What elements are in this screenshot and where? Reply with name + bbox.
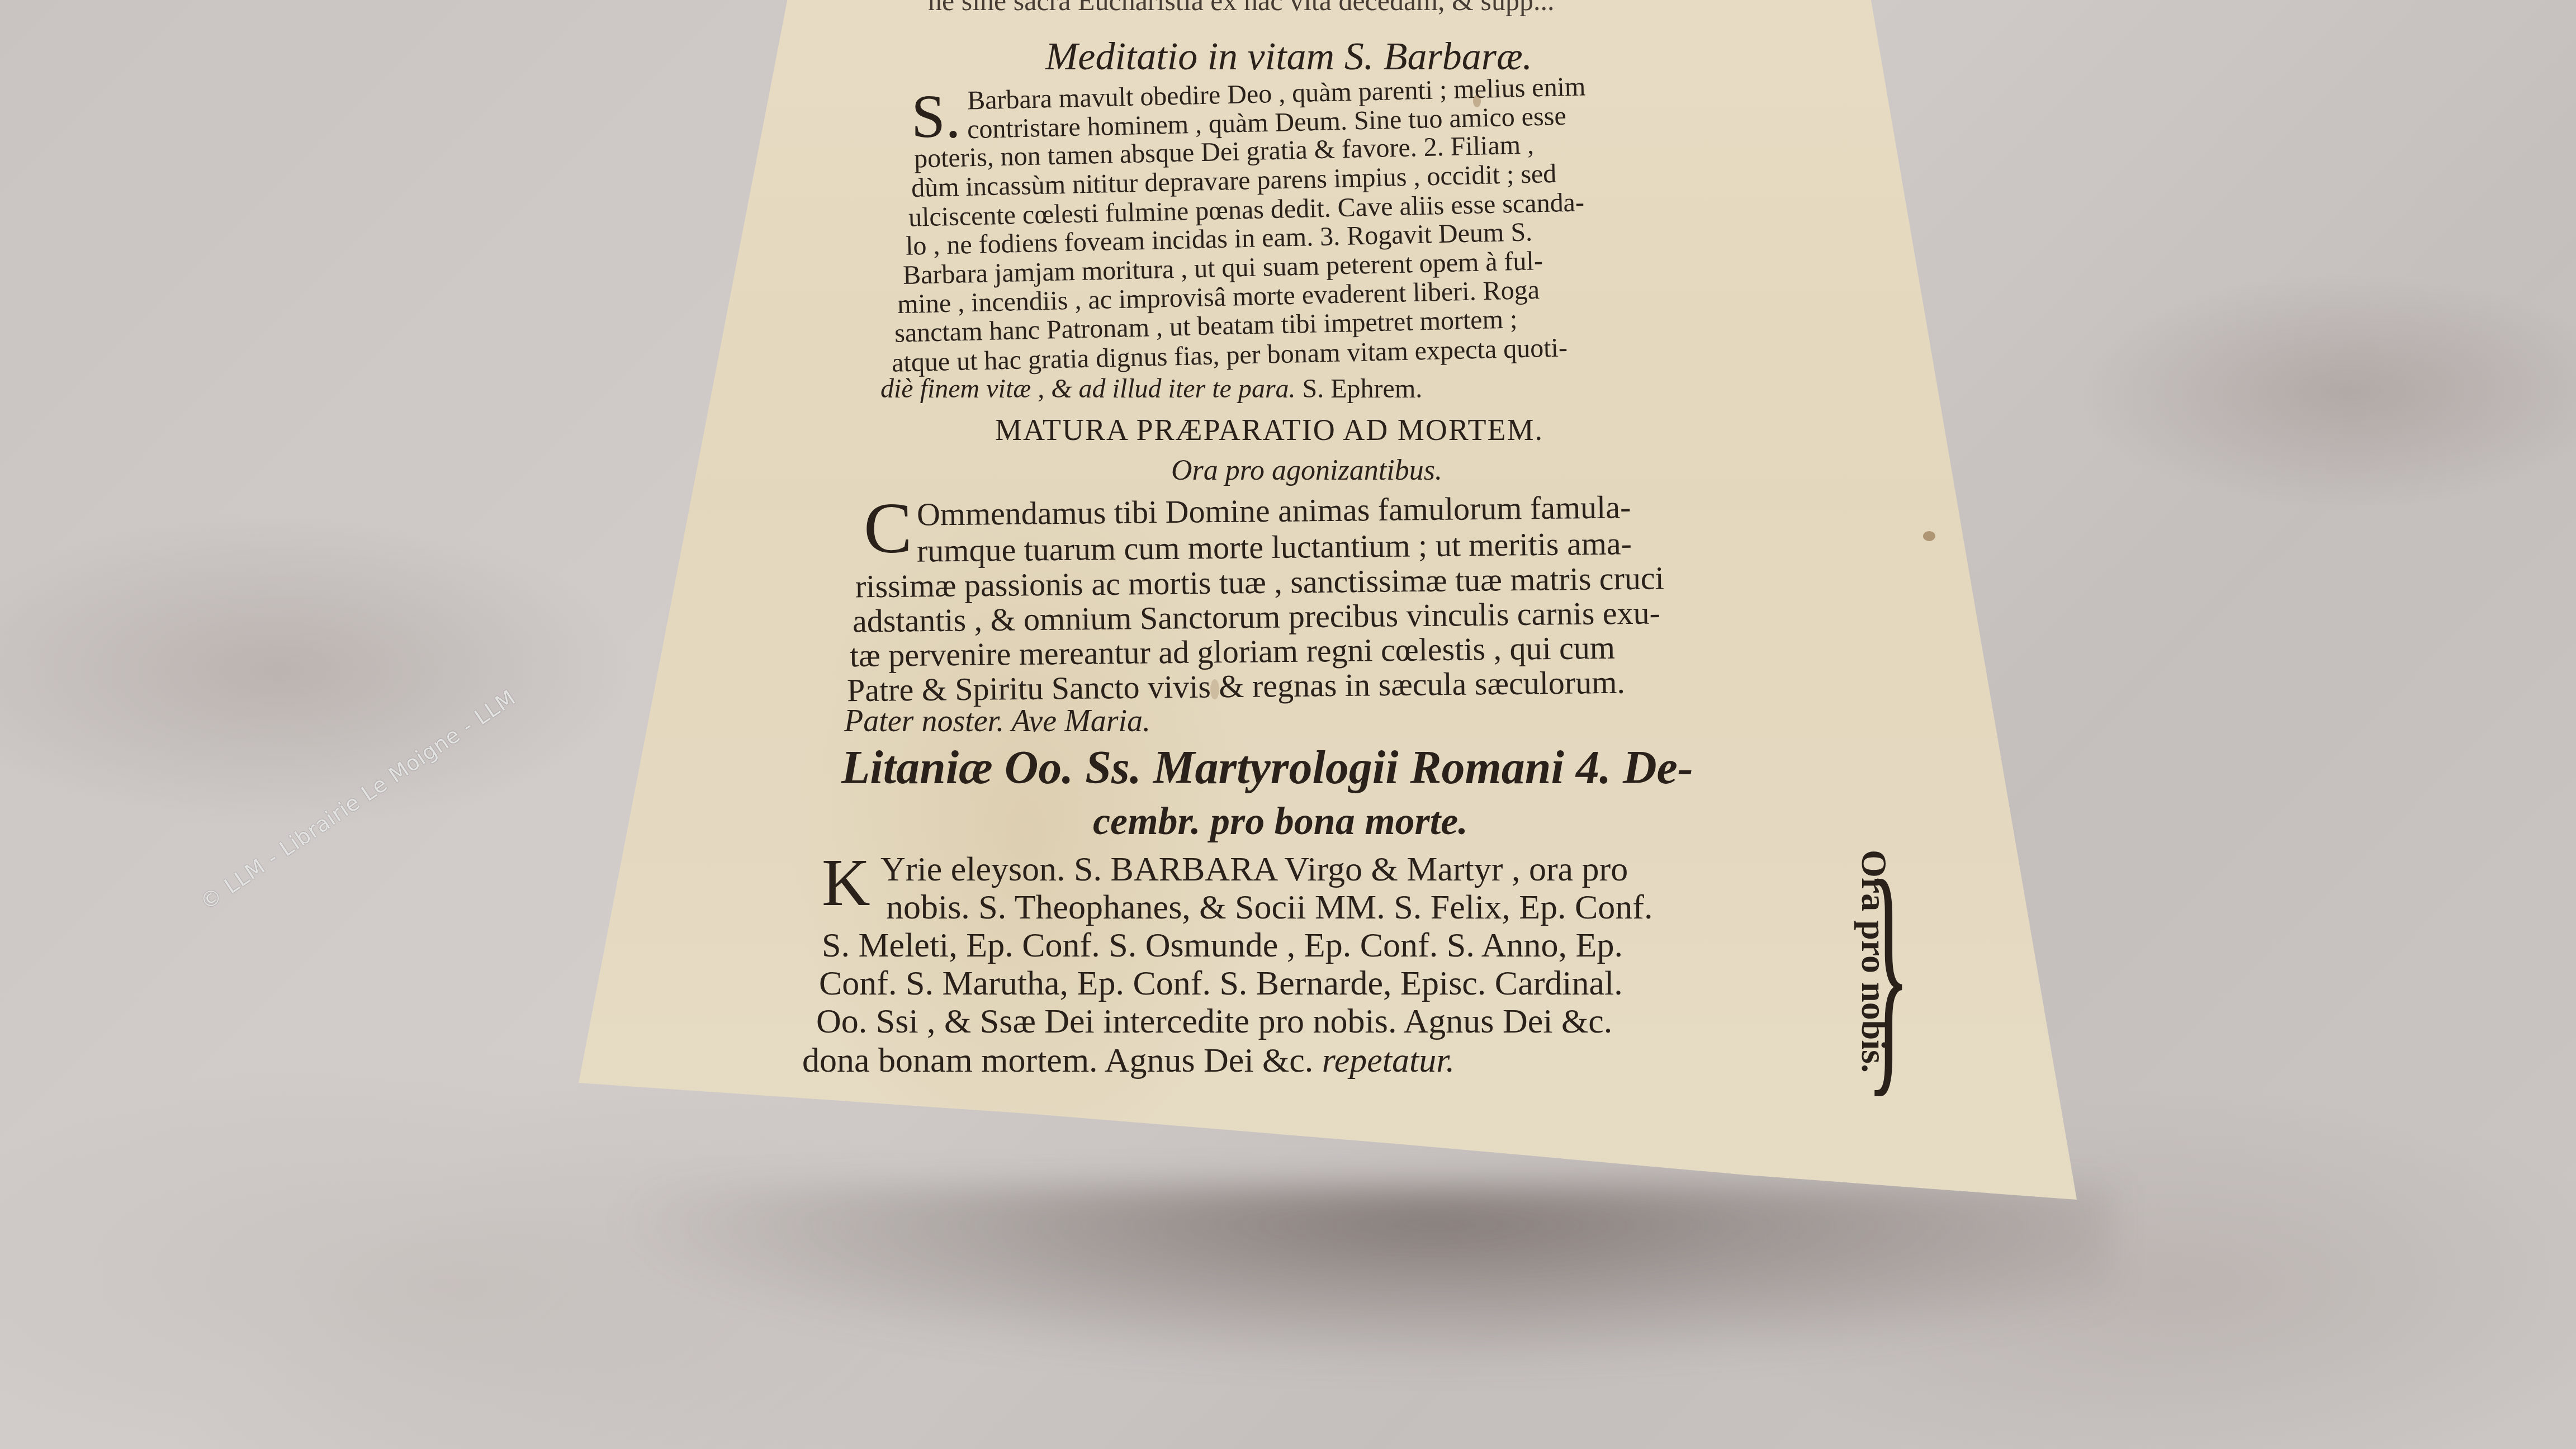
section1-title: Meditatio in vitam S. Barbaræ. — [1045, 35, 1532, 79]
copyright-watermark: © LLM - Librairie Le Moigne - LLM — [196, 685, 520, 915]
section3-line: nobis. S. Theophanes, & Socii MM. S. Fel… — [886, 888, 1653, 927]
section3-title-line2: cembr. pro bona morte. — [1093, 799, 1468, 844]
section2-title: MATURA PRÆPARATIO AD MORTEM. — [995, 413, 1543, 447]
top-cut-line: ne sine sacra Eucharistia ex hac vita de… — [928, 0, 1554, 17]
section3-title-line1: Litaniæ Oo. Ss. Martyrologii Romani 4. D… — [841, 741, 1693, 795]
section1-last-line: diè finem vitæ , & ad illud iter te para… — [880, 373, 1422, 404]
section3-line: Oo. Ssi , & Ssæ Dei intercedite pro nobi… — [816, 1002, 1612, 1041]
section2-closing: Pater noster. Ave Maria. — [844, 703, 1150, 739]
section3-repetatur: repetatur. — [1322, 1041, 1455, 1079]
section2-subtitle: Ora pro agonizantibus. — [1171, 454, 1442, 487]
section2-dropcap: C — [864, 486, 912, 570]
section3-line: Yrie eleyson. S. BARBARA Virgo & Martyr … — [880, 850, 1628, 889]
margin-note: Ora pro nobis. — [1853, 850, 1895, 1073]
section3-line: S. Meleti, Ep. Conf. S. Osmunde , Ep. Co… — [822, 926, 1623, 965]
section3-last-line: dona bonam mortem. Agnus Dei &c. repetat… — [802, 1041, 1455, 1081]
paper-stain — [1210, 679, 1219, 699]
section1-attribution: S. Ephrem. — [1303, 374, 1423, 404]
section1-last-line-italic: diè finem vitæ , & ad illud iter te para… — [880, 374, 1296, 404]
section3-dropcap: K — [822, 844, 870, 921]
page-shadow — [604, 1185, 2113, 1370]
section1-dropcap: S. — [911, 81, 961, 152]
paper-stain — [1473, 95, 1481, 107]
paper-stain — [1923, 531, 1935, 541]
section3-line: Conf. S. Marutha, Ep. Conf. S. Bernarde,… — [819, 964, 1623, 1003]
section3-line: dona bonam mortem. Agnus Dei &c. — [802, 1041, 1313, 1079]
